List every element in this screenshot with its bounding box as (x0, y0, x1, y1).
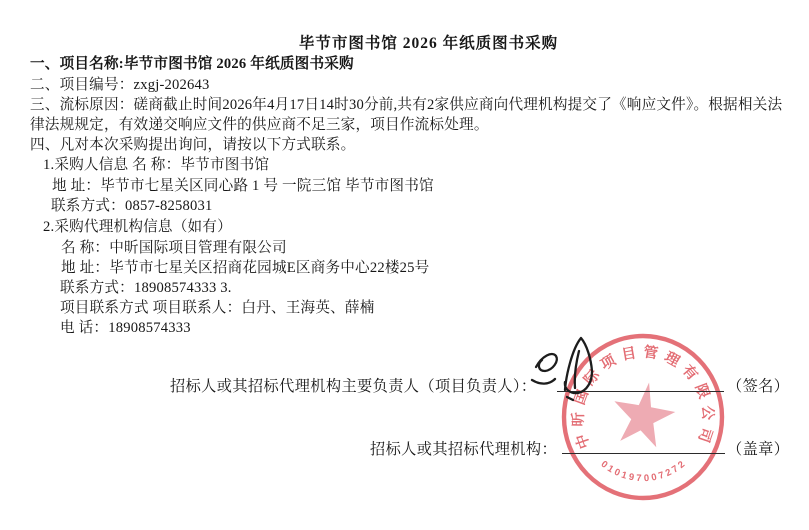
leader-signature-label: 招标人或其招标代理机构主要负责人（项目负责人）： (170, 375, 537, 396)
document-title: 毕节市图书馆 2026 年纸质图书采购 (48, 31, 809, 53)
agency-project-contacts: 项目联系方式 项目联系人：白丹、王海英、薛楠 (60, 298, 375, 318)
item-project-number: 二、项目编号：zxgj-202643 (30, 75, 210, 95)
purchaser-contact: 联系方式：0857-8258031 (51, 196, 213, 216)
agency-name: 名 称：中昕国际项目管理有限公司 (61, 238, 287, 258)
agency-contact: 联系方式：18908574333 3. (60, 278, 232, 298)
agency-phone: 电 话：18908574333 (60, 318, 191, 338)
org-seal-line (562, 453, 725, 454)
purchaser-heading: 1.采购人信息 名 称：毕节市图书馆 (43, 155, 269, 175)
item-contact-intro: 四、凡对本次采购提出询问，请按以下方式联系。 (30, 135, 355, 155)
org-seal-label: 招标人或其招标代理机构： (370, 438, 557, 459)
leader-signature-suffix: （签名） (727, 375, 789, 396)
item-failure-reason: 三、流标原因：磋商截止时间2026年4月17日14时30分前,共有2家供应商向代… (30, 95, 785, 135)
purchaser-address: 地 址：毕节市七星关区同心路 1 号 一院三馆 毕节市图书馆 (52, 176, 434, 196)
org-seal-suffix: （盖章） (727, 438, 789, 459)
seal-serial-number: 010197007272 (599, 457, 689, 484)
handwritten-signature (528, 333, 606, 405)
agency-address: 地 址：毕节市七星关区招商花园城E区商务中心22楼25号 (61, 258, 429, 278)
item-project-name: 一、项目名称:毕节市图书馆 2026 年纸质图书采购 (30, 54, 354, 74)
svg-text:010197007272: 010197007272 (599, 457, 689, 484)
agency-heading: 2.采购代理机构信息（如有） (43, 217, 232, 237)
star-icon (608, 377, 680, 449)
